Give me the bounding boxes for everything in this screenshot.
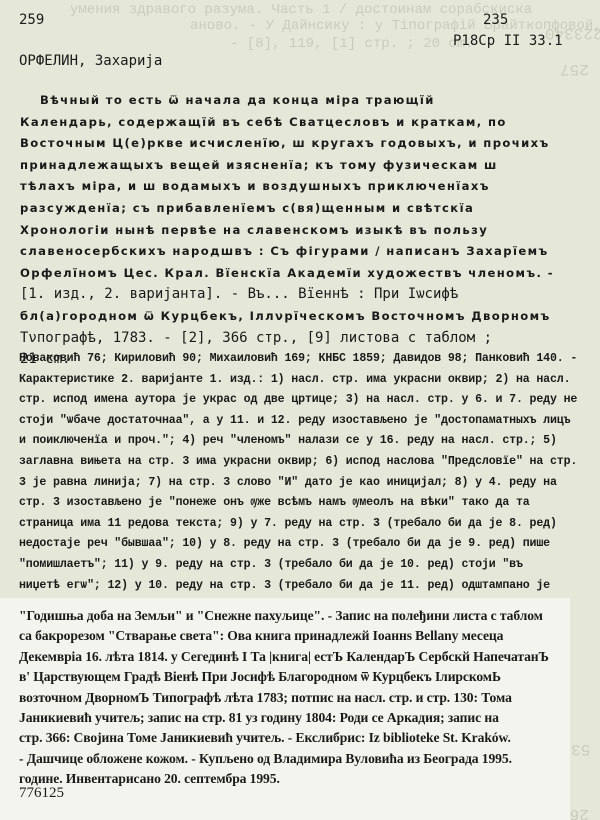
title-line: разсужденїа; съ прибавленїемъ с(вя)щенны… <box>20 198 580 220</box>
title-line: тѣлахъ міра, и ш водамыхъ и воздушныхъ п… <box>20 176 580 198</box>
note-line: "помишлаетъ"; 11) у 9. реду на стр. 3 (т… <box>19 555 579 576</box>
title-line: Вѣчный то есть ѿ начала да конца міра тр… <box>40 90 580 112</box>
note-line: и поиключенїа и проч."; 4) реч "членомъ"… <box>19 431 579 452</box>
note-line: стр. 366: Својина Томе Јаникиевић учитељ… <box>19 728 569 748</box>
title-line: Хронологіи нынѣ первѣе на славенскомъ из… <box>20 220 580 242</box>
note-line: недостаје реч "бывшаа"; 10) у 8. реду на… <box>19 534 579 555</box>
note-line: Декемвріа 16. лѣта 1814. у Сегединѣ I Та… <box>19 647 569 667</box>
note-line: стоји "ѡбаче достаточнаа", а у 11. и 12.… <box>19 411 579 432</box>
title-line: Восточным Ц(е)ркве исчисленїю, ш кругахъ… <box>20 133 580 155</box>
inventory-number: 776125 <box>19 785 64 802</box>
provenance-notes: "Годишња доба на Земљи" и "Снежне пахуљи… <box>19 606 569 790</box>
note-line: "Годишња доба на Земљи" и "Снежне пахуљи… <box>19 606 569 626</box>
catalog-card: умения здравого разума. Часть 1 / достои… <box>0 0 600 820</box>
note-line: страница има 11 редова текста; 9) у 7. р… <box>19 514 579 535</box>
note-line: ниџетѣ егѡ"; 12) у 10. реду на стр. 3 (т… <box>19 576 579 597</box>
bleed-through-text: - [8], 119, [1] стр. ; 20 cm. <box>230 36 474 52</box>
note-line: - Дашчице обложене кожом. - Купљено од В… <box>19 749 569 769</box>
note-line: са бакрорезом "Стварање света": Ова книг… <box>19 626 569 646</box>
page-number: 235 <box>483 12 508 28</box>
note-line: в' Царствующем Градѣ Віенѣ При Јосифѣ Бл… <box>19 667 569 687</box>
bleed-through-number: 257 <box>560 60 589 78</box>
title-line: бл(а)городном ѿ Курцбекъ, Іллνрїческомъ … <box>20 306 580 328</box>
bleed-through-text: умения здравого разума. Часть 1 / достои… <box>70 2 532 18</box>
note-line: Новаковић 76; Кириловић 90; Михаиловић 1… <box>19 349 579 370</box>
note-line: стр. 3 изостављено је "понеже онъ ѹже вс… <box>19 493 579 514</box>
title-line: Календарь, содержащїй въ себѣ Сватцеслов… <box>20 112 580 134</box>
record-number: 259 <box>19 12 44 28</box>
title-description: Вѣчный то есть ѿ начала да конца міра тр… <box>40 90 580 371</box>
title-line: [1. изд., 2. варијанта]. - Въ... Вїеннѣ … <box>20 284 580 306</box>
note-line: године. Инвентарисано 20. септембра 1995… <box>19 769 569 789</box>
author-heading: ОРФЕЛИН, Захарија <box>19 53 162 69</box>
shelfmark: Р18Ср II 33.1 <box>453 33 563 49</box>
note-line: заглавна вињета на стр. 3 има украсни ок… <box>19 452 579 473</box>
title-line: Тνпографѣ, 1783. - [2], 366 стр., [9] ли… <box>20 328 580 350</box>
note-line: Карактеристике 2. варијанте 1. изд.: 1) … <box>19 370 579 391</box>
note-line: Јаникиевић учитељ; запис на стр. 81 уз г… <box>19 708 569 728</box>
title-line: славеносербскихъ народшвъ : Съ фігурами … <box>20 241 580 263</box>
title-line: Орфелїномъ Цес. Крал. Вїенскїа Академїи … <box>20 263 580 285</box>
title-line: принадлежащыхъ вещей изясненїа; къ тому … <box>20 155 580 177</box>
note-line: возточном ДворномЪ Типографѣ лѣта 1783; … <box>19 688 569 708</box>
note-line: стр. испод имена аутора је украс од две … <box>19 390 579 411</box>
note-line: 3 је равна линија; 7) на стр. 3 слово "И… <box>19 473 579 494</box>
bleed-through-text: аново. - У Дайнсику : у Тiпографiй Брайт… <box>190 18 600 34</box>
